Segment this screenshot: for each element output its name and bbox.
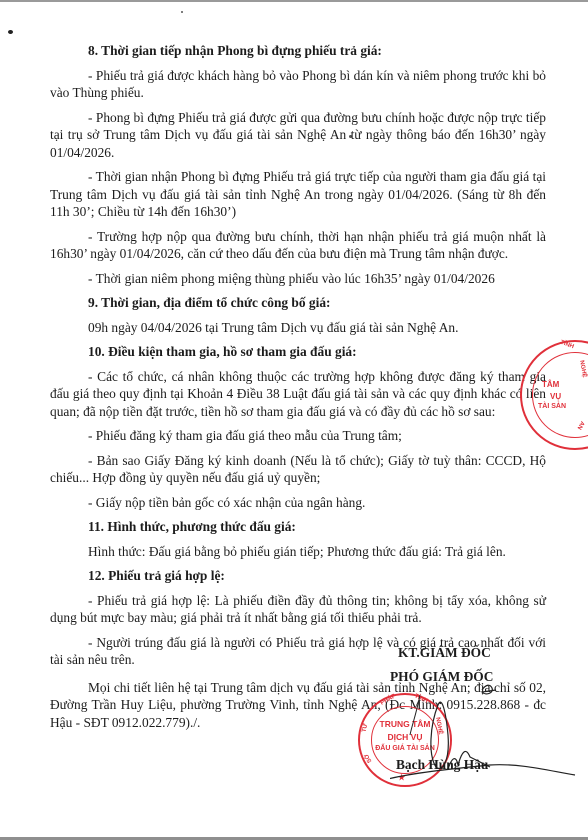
section-heading: 9. Thời gian, địa điểm tổ chức công bố g…: [50, 294, 546, 312]
stamp-text: VỤ: [550, 392, 561, 401]
signer-name: Bạch Hùng Hậu: [396, 757, 488, 773]
section-heading: 10. Điều kiện tham gia, hồ sơ tham gia đ…: [50, 343, 546, 361]
paragraph: - Phiếu đăng ký tham gia đấu giá theo mẫ…: [50, 427, 546, 445]
side-official-stamp: TÂM VỤ TÀI SẢN TỈNH NGHỆ AN: [520, 340, 588, 450]
paragraph: - Các tổ chức, cá nhân không thuộc các t…: [50, 368, 546, 421]
paragraph: - Trường hợp nộp qua đường bưu chính, th…: [50, 228, 546, 263]
scan-speck: [181, 11, 183, 13]
section-heading: 12. Phiếu trả giá hợp lệ:: [50, 567, 546, 585]
paragraph: - Giấy nộp tiền bản gốc có xác nhận của …: [50, 494, 546, 512]
section-heading: 8. Thời gian tiếp nhận Phong bì đựng phi…: [50, 42, 546, 60]
paragraph: - Phiếu trả giá được khách hàng bỏ vào P…: [50, 67, 546, 102]
paragraph: Hình thức: Đấu giá bằng bỏ phiếu gián ti…: [50, 543, 546, 561]
paragraph: - Phiếu trả giá hợp lệ: Là phiếu điền đầ…: [50, 592, 546, 627]
stamp-text: TÂM: [542, 380, 559, 389]
paragraph: - Thời gian niêm phong miệng thùng phiếu…: [50, 270, 546, 288]
document-body: 8. Thời gian tiếp nhận Phong bì đựng phi…: [50, 42, 546, 738]
paragraph: - Phong bì đựng Phiếu trả giá được gửi q…: [50, 109, 546, 162]
paragraph: - Thời gian nhận Phong bì đựng Phiếu trả…: [50, 168, 546, 221]
scan-top-edge: [0, 0, 588, 2]
stamp-text: TÀI SẢN: [538, 403, 566, 410]
signer-title-line1: KT.GIÁM ĐỐC: [398, 645, 491, 661]
section-heading: 11. Hình thức, phương thức đấu giá:: [50, 518, 546, 536]
scan-speck: [8, 30, 13, 34]
paragraph: 09h ngày 04/04/2026 tại Trung tâm Dịch v…: [50, 319, 546, 337]
paragraph: - Bản sao Giấy Đăng ký kinh doanh (Nếu l…: [50, 452, 546, 487]
handwritten-signature: [390, 665, 588, 795]
